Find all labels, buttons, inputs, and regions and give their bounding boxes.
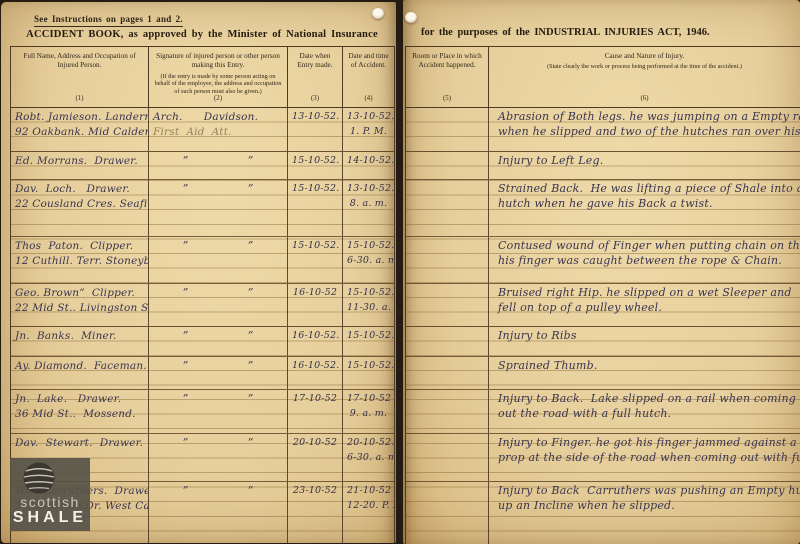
accident-book-scan: See Instructions on pages 1 and 2. ACCID… [0, 0, 800, 544]
handwritten-accident-time: 8. a. m. [347, 197, 390, 212]
cause-cell: Abrasion of Both legs. he was jumping on… [489, 108, 800, 151]
name-and-address-cell: Robt. Jamieson. Landerman. 92 Oakbank. M… [11, 108, 149, 151]
accident-date-cell: 15-10-52. [343, 327, 394, 356]
column-number: (3) [288, 95, 342, 104]
handwritten-name: Robt. Jamieson. Landerman. [15, 110, 144, 125]
ditto-mark: ” [248, 239, 254, 254]
handwritten-name: Dav. Loch. Drawer. [15, 182, 144, 197]
place-cell [406, 482, 489, 544]
entry-date-cell: 15-10-52. [288, 152, 343, 179]
handwritten-signature-note: First Aid Att. [153, 125, 283, 140]
handwritten-name: Ed. Morrans. Drawer. [15, 154, 144, 169]
handwritten-entry-date: 16-10-52. [292, 359, 338, 374]
ditto-marks: ” ” [153, 239, 283, 254]
column-header-accident-date: Date and time of Accident. (4) [343, 47, 394, 107]
handwritten-cause-line: Abrasion of Both legs. he was jumping on… [498, 110, 796, 125]
cause-cell: Bruised right Hip. he slipped on a wet S… [489, 284, 800, 326]
place-cell [406, 390, 489, 433]
column-header-place: Room or Place in which Accident happened… [406, 47, 489, 107]
handwritten-accident-time: 9. a. m. [347, 407, 390, 422]
entry-date-cell: 16-10-52. [288, 327, 343, 356]
signature-cell: ” ” [149, 152, 288, 179]
column-header-note: (State clearly the work or process being… [493, 63, 796, 71]
table-row-right: Bruised right Hip. he slipped on a wet S… [406, 284, 800, 327]
ditto-mark: ” [183, 286, 189, 301]
signature-cell: ” ” [149, 434, 288, 481]
handwritten-name: Jn. Lake. Drawer. [15, 392, 144, 407]
table-row-right: Abrasion of Both legs. he was jumping on… [406, 108, 800, 152]
handwritten-address: 92 Oakbank. Mid Calder. [15, 125, 144, 140]
ditto-mark: ” [183, 392, 189, 407]
place-cell [406, 152, 489, 179]
column-header-text: Cause and Nature of Injury. [493, 52, 796, 61]
handwritten-entry-date: 15-10-52. [292, 154, 338, 169]
name-and-address-cell: Ay. Diamond. Faceman. [11, 357, 149, 389]
signature-cell: ” ” [149, 237, 288, 283]
entry-date-cell: 13-10-52. [288, 108, 343, 151]
handwritten-entry-date: 20-10-52 [292, 436, 338, 451]
signature-cell: ” ” [149, 482, 288, 543]
handwritten-accident-time: 11-30. a. m. [347, 301, 390, 316]
place-cell [406, 108, 489, 151]
handwritten-signature: Arch. Davidson. [153, 110, 283, 125]
entry-date-cell: 16-10-52. [288, 357, 343, 389]
cause-cell: Injury to Ribs [489, 327, 800, 356]
handwritten-accident-time: 6-30. a. m. [347, 254, 390, 269]
handwritten-address: 12 Cuthill. Terr. Stoneyburn. [15, 254, 144, 269]
ditto-marks: ” ” [153, 359, 283, 374]
signature-cell: ” ” [149, 390, 288, 433]
entry-date-cell: 23-10-52 [288, 482, 343, 543]
accident-date-cell: 14-10-52. [343, 152, 394, 179]
ditto-mark: ” [183, 182, 189, 197]
accident-date-cell: 13-10-52. 8. a. m. [343, 180, 394, 236]
cause-cell: Injury to Back Carruthers was pushing an… [489, 482, 800, 544]
handwritten-entry-date: 15-10-52. [292, 182, 338, 197]
table-header-right: Room or Place in which Accident happened… [406, 47, 800, 108]
table-row-left: Robt. Jamieson. Landerman. 92 Oakbank. M… [11, 108, 394, 152]
ditto-mark: ” [248, 329, 254, 344]
table-row-left: Dav. Loch. Drawer. 22 Cousland Cres. Sea… [11, 180, 394, 237]
ditto-mark: ” [183, 329, 189, 344]
handwritten-entry-date: 13-10-52. [292, 110, 338, 125]
table-row-right: Contused wound of Finger when putting ch… [406, 237, 800, 284]
handwritten-accident-date: 15-10-52. [347, 239, 390, 254]
ditto-marks: ” ” [153, 329, 283, 344]
handwritten-entry-date: 15-10-52. [292, 239, 338, 254]
handwritten-accident-date: 17-10-52 [347, 392, 390, 407]
place-cell [406, 327, 489, 356]
handwritten-accident-date: 15-10-52. [347, 359, 390, 374]
ditto-marks: ” ” [153, 484, 283, 499]
column-number: (1) [11, 95, 148, 104]
instructions-note: See Instructions on pages 1 and 2. [34, 14, 183, 27]
accident-date-cell: 17-10-52 9. a. m. [343, 390, 394, 433]
handwritten-cause-line: Injury to Finger. he got his finger jamm… [498, 436, 796, 451]
column-header-signature: Signature of injured person or other per… [149, 47, 288, 107]
ditto-marks: ” ” [153, 392, 283, 407]
handwritten-name: Geo. Brown” Clipper. [15, 286, 144, 301]
place-cell [406, 284, 489, 326]
signature-cell: ” ” [149, 357, 288, 389]
column-number: (4) [343, 95, 394, 104]
handwritten-accident-date: 15-10-52. [347, 286, 390, 301]
right-page: for the purposes of the INDUSTRIAL INJUR… [403, 0, 800, 544]
signature-cell: ” ” [149, 327, 288, 356]
table-row-left: Ay. Diamond. Faceman. ” ” 16-10-52. 15-1… [11, 357, 394, 390]
place-cell [406, 434, 489, 481]
handwritten-accident-date: 21-10-52 [347, 484, 390, 499]
handwritten-accident-date: 13-10-52. [347, 110, 390, 125]
column-number: (5) [406, 95, 488, 104]
ditto-mark: ” [248, 182, 254, 197]
entry-date-cell: 15-10-52. [288, 237, 343, 283]
cause-cell: Injury to Left Leg. [489, 152, 800, 179]
ditto-mark: ” [183, 359, 189, 374]
ditto-marks: ” ” [153, 182, 283, 197]
place-cell [406, 180, 489, 236]
handwritten-entry-date: 16-10-52. [292, 329, 338, 344]
signature-cell: ” ” [149, 180, 288, 236]
ditto-mark: ” [248, 484, 254, 499]
place-cell [406, 357, 489, 389]
punch-hole-right [405, 12, 417, 23]
column-header-name: Full Name, Address and Occupation of Inj… [11, 47, 149, 107]
handwritten-accident-date: 14-10-52. [347, 154, 390, 169]
accident-date-cell: 15-10-52. 6-30. a. m. [343, 237, 394, 283]
handwritten-name: Dav. Stewart. Drawer. [15, 436, 144, 451]
column-header-text: Room or Place in which Accident happened… [410, 52, 484, 71]
table-row-left: Ed. Morrans. Drawer. ” ” 15-10-52. 14-10… [11, 152, 394, 180]
entry-date-cell: 20-10-52 [288, 434, 343, 481]
ditto-marks: ” ” [153, 154, 283, 169]
cause-cell: Sprained Thumb. [489, 357, 800, 389]
ditto-marks: ” ” [153, 436, 283, 451]
ditto-mark: ” [248, 286, 254, 301]
accident-date-cell: 15-10-52. 11-30. a. m. [343, 284, 394, 326]
name-and-address-cell: Jn. Banks. Miner. [11, 327, 149, 356]
cause-cell: Injury to Back. Lake slipped on a rail w… [489, 390, 800, 433]
handwritten-cause-line: out the road with a full hutch. [498, 407, 796, 422]
handwritten-cause-line: prop at the side of the road when coming… [498, 451, 796, 466]
name-and-address-cell: Geo. Brown” Clipper. 22 Mid St.. Livings… [11, 284, 149, 326]
signature-cell: Arch. Davidson. First Aid Att. [149, 108, 288, 151]
watermark-text-shale: SHALE [13, 509, 87, 527]
ditto-mark: ” [248, 392, 254, 407]
ditto-mark: ” [183, 436, 189, 451]
handwritten-address: 36 Mid St.. Mossend. [15, 407, 144, 422]
table-row-right: Strained Back. He was lifting a piece of… [406, 180, 800, 237]
cause-cell: Strained Back. He was lifting a piece of… [489, 180, 800, 236]
ditto-marks: ” ” [153, 286, 283, 301]
accident-table-right: Room or Place in which Accident happened… [405, 46, 800, 544]
handwritten-cause-line: Injury to Back. Lake slipped on a rail w… [498, 392, 796, 407]
signature-cell: ” ” [149, 284, 288, 326]
column-header-cause: Cause and Nature of Injury. (State clear… [489, 47, 800, 107]
handwritten-accident-date: 15-10-52. [347, 329, 390, 344]
handwritten-cause-line: fell on top of a pulley wheel. [498, 301, 796, 316]
handwritten-address: 22 Cousland Cres. Seafield. [15, 197, 144, 212]
left-page-title: ACCIDENT BOOK, as approved by the Minist… [10, 29, 394, 40]
name-and-address-cell: Jn. Lake. Drawer. 36 Mid St.. Mossend. [11, 390, 149, 433]
column-header-text: Date when Entry made. [292, 52, 338, 71]
name-and-address-cell: Dav. Loch. Drawer. 22 Cousland Cres. Sea… [11, 180, 149, 236]
handwritten-name: Ay. Diamond. Faceman. [15, 359, 144, 374]
table-row-right: Injury to Ribs [406, 327, 800, 357]
ditto-mark: ” [183, 154, 189, 169]
handwritten-cause-line: up an Incline when he slipped. [498, 499, 796, 514]
table-row-left: Geo. Brown” Clipper. 22 Mid St.. Livings… [11, 284, 394, 327]
handwritten-name: Jn. Banks. Miner. [15, 329, 144, 344]
handwritten-accident-time: 6-30. a. m. [347, 451, 390, 466]
accident-date-cell: 15-10-52. [343, 357, 394, 389]
name-and-address-cell: Thos Paton. Clipper. 12 Cuthill. Terr. S… [11, 237, 149, 283]
handwritten-cause-line: when he slipped and two of the hutches r… [498, 125, 796, 140]
column-header-text: Signature of injured person or other per… [153, 52, 283, 71]
handwritten-name: Thos Paton. Clipper. [15, 239, 144, 254]
entry-date-cell: 15-10-52. [288, 180, 343, 236]
accident-date-cell: 21-10-52 12-20. P. M. [343, 482, 394, 543]
place-cell [406, 237, 489, 283]
accident-date-cell: 13-10-52. 1. P. M. [343, 108, 394, 151]
entry-date-cell: 17-10-52 [288, 390, 343, 433]
handwritten-cause-line: Strained Back. He was lifting a piece of… [498, 182, 796, 197]
column-header-entry-date: Date when Entry made. (3) [288, 47, 343, 107]
handwritten-accident-date: 13-10-52. [347, 182, 390, 197]
name-and-address-cell: Ed. Morrans. Drawer. [11, 152, 149, 179]
ditto-mark: ” [183, 484, 189, 499]
globe-icon [22, 461, 56, 495]
ditto-mark: ” [183, 239, 189, 254]
handwritten-accident-time: 1. P. M. [347, 125, 390, 140]
cause-cell: Contused wound of Finger when putting ch… [489, 237, 800, 283]
handwritten-cause-line: Injury to Back Carruthers was pushing an… [498, 484, 796, 499]
handwritten-cause-line: Contused wound of Finger when putting ch… [498, 239, 796, 254]
ditto-mark: ” [248, 436, 254, 451]
table-row-right: Injury to Back. Lake slipped on a rail w… [406, 390, 800, 434]
handwritten-cause-line: Sprained Thumb. [498, 359, 796, 374]
handwritten-address: 22 Mid St.. Livingston Sta. [15, 301, 144, 316]
table-body-right: Abrasion of Both legs. he was jumping on… [406, 108, 800, 544]
table-row-left: Jn. Banks. Miner. ” ” 16-10-52. 15-10-52… [11, 327, 394, 357]
watermark-text-scottish: scottish [20, 495, 79, 509]
handwritten-cause-line: Bruised right Hip. he slipped on a wet S… [498, 286, 796, 301]
table-header-left: Full Name, Address and Occupation of Inj… [11, 47, 394, 108]
column-header-text: Full Name, Address and Occupation of Inj… [15, 52, 144, 71]
cause-cell: Injury to Finger. he got his finger jamm… [489, 434, 800, 481]
table-row-right: Injury to Finger. he got his finger jamm… [406, 434, 800, 482]
handwritten-accident-time: 12-20. P. M. [347, 499, 390, 514]
scottish-shale-watermark: scottish SHALE [10, 458, 90, 531]
column-number: (6) [489, 95, 800, 104]
ditto-mark: ” [248, 359, 254, 374]
column-header-text: Date and time of Accident. [347, 52, 390, 71]
table-row-right: Injury to Left Leg. [406, 152, 800, 180]
punch-hole-left [372, 8, 384, 19]
table-row-right: Sprained Thumb. [406, 357, 800, 390]
column-header-note: (If the entry is made by some person act… [153, 73, 283, 96]
handwritten-entry-date: 17-10-52 [292, 392, 338, 407]
table-row-right: Injury to Back Carruthers was pushing an… [406, 482, 800, 544]
handwritten-entry-date: 23-10-52 [292, 484, 338, 499]
handwritten-entry-date: 16-10-52 [292, 286, 338, 301]
right-page-title: for the purposes of the INDUSTRIAL INJUR… [421, 27, 710, 38]
table-row-left: Jn. Lake. Drawer. 36 Mid St.. Mossend. ”… [11, 390, 394, 434]
ditto-mark: ” [248, 154, 254, 169]
table-row-left: Thos Paton. Clipper. 12 Cuthill. Terr. S… [11, 237, 394, 284]
column-number: (2) [149, 95, 287, 104]
handwritten-cause-line: hutch when he gave his Back a twist. [498, 197, 796, 212]
accident-date-cell: 20-10-52. 6-30. a. m. [343, 434, 394, 481]
handwritten-cause-line: Injury to Left Leg. [498, 154, 796, 169]
handwritten-cause-line: his finger was caught between the rope &… [498, 254, 796, 269]
handwritten-cause-line: Injury to Ribs [498, 329, 796, 344]
entry-date-cell: 16-10-52 [288, 284, 343, 326]
handwritten-accident-date: 20-10-52. [347, 436, 390, 451]
